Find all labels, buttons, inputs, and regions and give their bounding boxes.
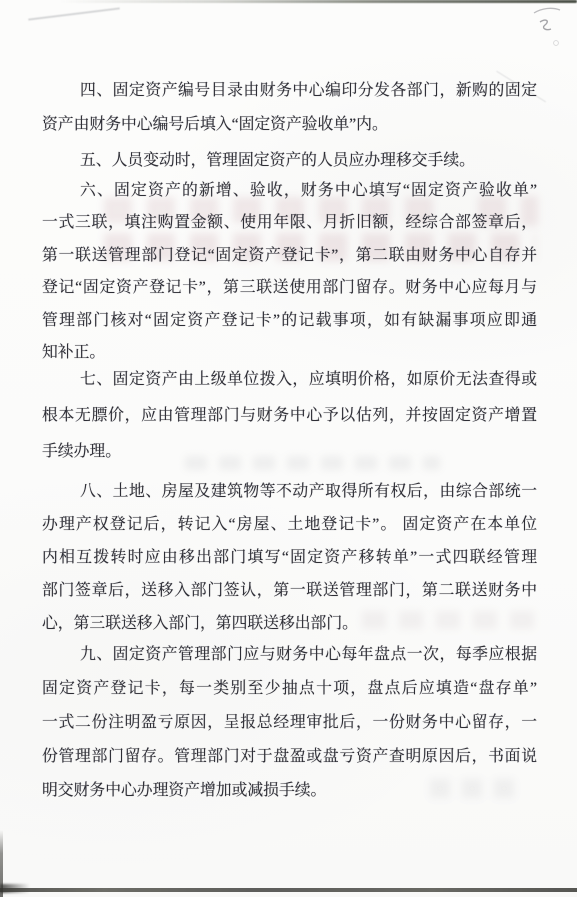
text-line: 根本无膘价，应由管理部门与财务中心予以估列，并按固定资产增置 <box>42 398 537 434</box>
text-line: 心，第三联送移入部门，第四联送移出部门。 <box>42 607 537 640</box>
paragraph-item-九: 九、固定资产管理部门应与财务中心每年盘点一次，每季应根据固定资产登记卡，每一类别… <box>42 638 537 808</box>
text-line: 八、土地、房屋及建筑物等不动产取得所有权后，由综合部统一 <box>42 475 537 508</box>
scan-edge-bottom-line <box>0 888 577 892</box>
text-line: 办理产权登记后，转记入“房屋、土地登记卡”。 固定资产在本单位 <box>42 508 537 541</box>
text-line: 固定资产登记卡，每一类别至少抽点十项，盘点后应填造“盘存单” <box>42 672 537 706</box>
text-line: 内相互拨转时应由移出部门填写“固定资产移转单”一式四联经管理 <box>42 541 537 574</box>
scanned-document-page: 四、固定资产编号目录由财务中心编印分发各部门，新购的固定资产由财务中心编号后填入… <box>0 0 577 897</box>
text-line: 六、固定资产的新增、验收，财务中心填写“固定资产验收单” <box>42 175 537 207</box>
text-line: 一式三联，填注购置金额、使用年限、月折旧额，经综合部签章后， <box>42 207 537 239</box>
paragraph-item-八: 八、土地、房屋及建筑物等不动产取得所有权后，由综合部统一办理产权登记后，转记入“… <box>42 475 537 640</box>
paragraph-item-六: 六、固定资产的新增、验收，财务中心填写“固定资产验收单”一式三联，填注购置金额、… <box>42 175 537 369</box>
text-line: 明交财务中心办理资产增加或减损手续。 <box>42 774 537 808</box>
text-line: 手续办理。 <box>42 434 537 470</box>
text-line: 第一联送管理部门登记“固定资产登记卡”，第二联由财务中心自存并 <box>42 240 537 272</box>
text-line: 管理部门核对“固定资产登记卡”的记载事项，如有缺漏事项应即通 <box>42 305 537 337</box>
scan-edge-left-line <box>0 830 3 897</box>
text-line: 五、人员变动时，管理固定资产的人员应办理移交手续。 <box>42 144 537 178</box>
text-line: 一式二份注明盈亏原因，呈报总经理审批后，一份财务中心留存，一 <box>42 706 537 740</box>
text-line: 四、固定资产编号目录由财务中心编印分发各部门，新购的固定 <box>42 74 537 108</box>
paragraph-item-四: 四、固定资产编号目录由财务中心编印分发各部门，新购的固定资产由财务中心编号后填入… <box>42 74 537 142</box>
text-line: 资产由财务中心编号后填入“固定资产验收单”内。 <box>42 108 537 142</box>
text-line: 九、固定资产管理部门应与财务中心每年盘点一次，每季应根据 <box>42 638 537 672</box>
paragraph-item-五: 五、人员变动时，管理固定资产的人员应办理移交手续。 <box>42 144 537 178</box>
text-line: 登记“固定资产登记卡”，第三联送使用部门留存。财务中心应每月与 <box>42 272 537 304</box>
document-body: 四、固定资产编号目录由财务中心编印分发各部门，新购的固定资产由财务中心编号后填入… <box>0 0 577 897</box>
text-line: 份管理部门留存。管理部门对于盘盈或盘亏资产查明原因后，书面说 <box>42 740 537 774</box>
paragraph-item-七: 七、固定资产由上级单位拨入，应填明价格，如原价无法查得或根本无膘价，应由管理部门… <box>42 362 537 470</box>
text-line: 七、固定资产由上级单位拨入，应填明价格，如原价无法查得或 <box>42 362 537 398</box>
text-line: 部门签章后，送移入部门签认，第一联送管理部门，第二联送财务中 <box>42 574 537 607</box>
